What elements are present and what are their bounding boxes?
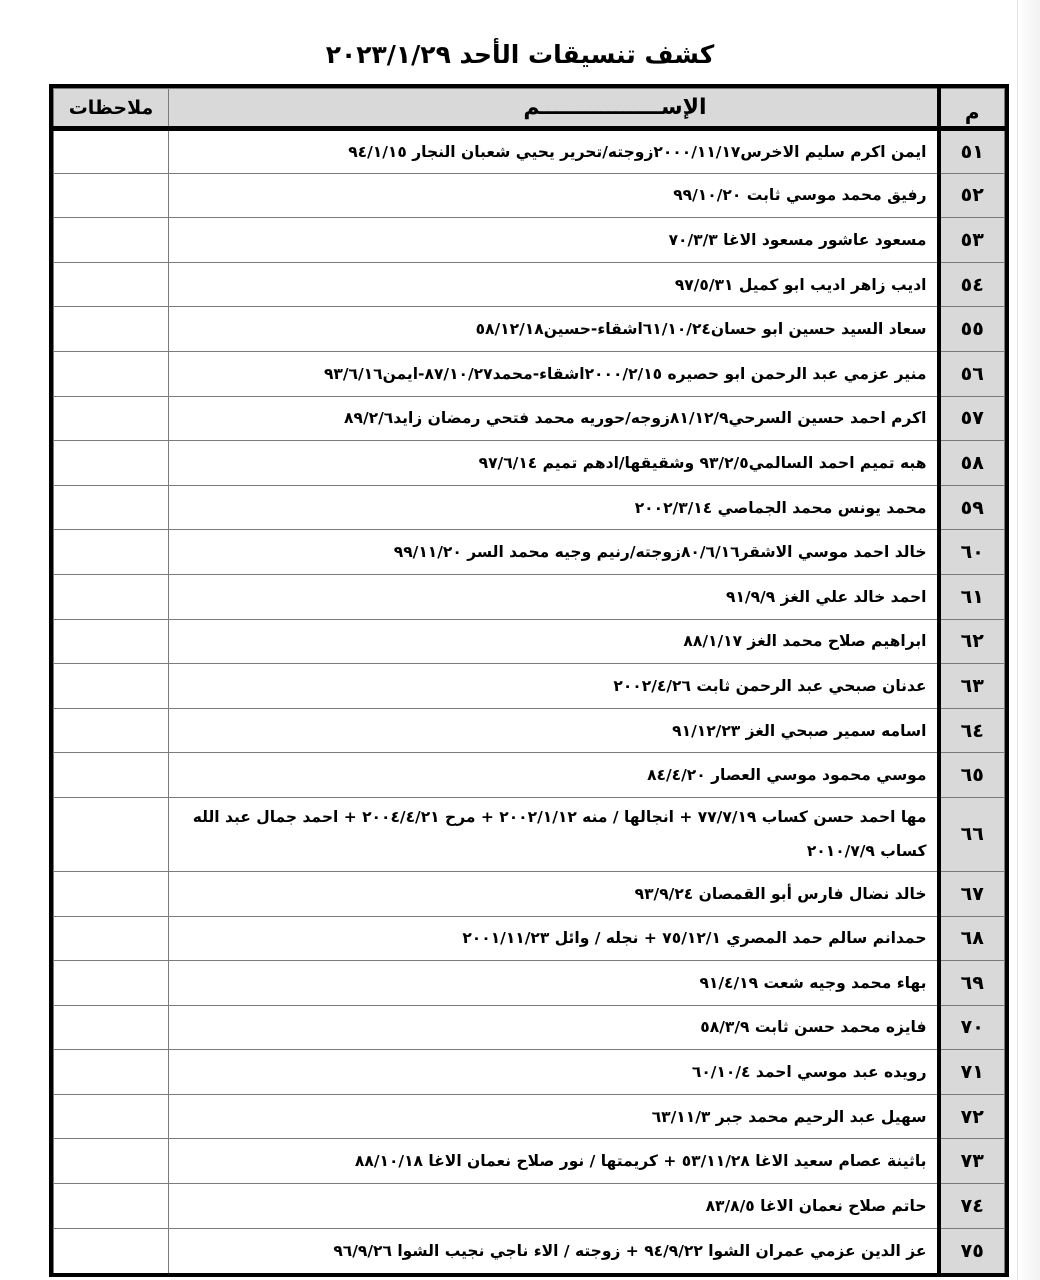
row-notes xyxy=(54,1139,169,1184)
table-row: ٧١رويده عبد موسي احمد ٦٠/١٠/٤ xyxy=(54,1050,1005,1095)
row-name: بهاء محمد وجيه شعت ٩١/٤/١٩ xyxy=(169,961,939,1006)
table-row: ٦١احمد خالد علي الغز ٩١/٩/٩ xyxy=(54,574,1005,619)
column-header-name: الإســــــــــــــــم xyxy=(169,89,939,129)
row-notes xyxy=(54,1228,169,1273)
table-row: ٥٣مسعود عاشور مسعود الاغا ٧٠/٣/٣ xyxy=(54,218,1005,263)
row-name: عدنان صبحي عبد الرحمن ثابت ٢٠٠٢/٤/٢٦ xyxy=(169,664,939,709)
table-row: ٧٢سهيل عبد الرحيم محمد جبر ٦٣/١١/٣ xyxy=(54,1094,1005,1139)
row-name: مها احمد حسن كساب ٧٧/٧/١٩ + انجالها / من… xyxy=(169,797,939,871)
row-number: ٥٧ xyxy=(939,396,1005,441)
table-row: ٦٢ابراهيم صلاح محمد الغز ٨٨/١/١٧ xyxy=(54,619,1005,664)
row-name: اديب زاهر اديب ابو كميل ٩٧/٥/٣١ xyxy=(169,262,939,307)
row-number: ٥٦ xyxy=(939,351,1005,396)
table-row: ٥٨هبه تميم احمد السالمي٩٣/٢/٥ وشقيقها/اد… xyxy=(54,441,1005,486)
table-row: ٦٩بهاء محمد وجيه شعت ٩١/٤/١٩ xyxy=(54,961,1005,1006)
row-notes xyxy=(54,1094,169,1139)
table-row: ٧٣باثينة عصام سعيد الاغا ٥٣/١١/٢٨ + كريم… xyxy=(54,1139,1005,1184)
row-name: ايمن اكرم سليم الاخرس٢٠٠٠/١١/١٧زوجته/تحر… xyxy=(169,129,939,174)
row-name: هبه تميم احمد السالمي٩٣/٢/٥ وشقيقها/ادهم… xyxy=(169,441,939,486)
column-header-notes: ملاحظات xyxy=(54,89,169,129)
table-row: ٦٧خالد نضال فارس أبو القمصان ٩٣/٩/٢٤ xyxy=(54,871,1005,916)
row-notes xyxy=(54,961,169,1006)
row-notes xyxy=(54,1050,169,1095)
row-notes xyxy=(54,1184,169,1229)
table-row: ٥٤اديب زاهر اديب ابو كميل ٩٧/٥/٣١ xyxy=(54,262,1005,307)
row-notes xyxy=(54,1005,169,1050)
row-notes xyxy=(54,129,169,174)
table-row: ٦٦مها احمد حسن كساب ٧٧/٧/١٩ + انجالها / … xyxy=(54,797,1005,871)
row-name: باثينة عصام سعيد الاغا ٥٣/١١/٢٨ + كريمته… xyxy=(169,1139,939,1184)
row-name: رفيق محمد موسي ثابت ٩٩/١٠/٢٠ xyxy=(169,173,939,218)
row-name: عز الدين عزمي عمران الشوا ٩٤/٩/٢٢ + زوجت… xyxy=(169,1228,939,1273)
row-notes xyxy=(54,351,169,396)
document-title: كشف تنسيقات الأحد ٢٠٢٣/١/٢٩ xyxy=(0,40,1040,69)
row-number: ٦١ xyxy=(939,574,1005,619)
row-number: ٦٥ xyxy=(939,753,1005,798)
table-row: ٦٤اسامه سمير صبحي الغز ٩١/١٢/٢٣ xyxy=(54,708,1005,753)
row-notes xyxy=(54,619,169,664)
table-row: ٦٥موسي محمود موسي العصار ٨٤/٤/٢٠ xyxy=(54,753,1005,798)
page-edge xyxy=(1017,0,1040,1280)
row-notes xyxy=(54,530,169,575)
row-notes xyxy=(54,262,169,307)
row-name: سعاد السيد حسين ابو حسان٦١/١٠/٢٤اشقاء-حس… xyxy=(169,307,939,352)
row-number: ٦٤ xyxy=(939,708,1005,753)
row-number: ٦٦ xyxy=(939,797,1005,871)
row-number: ٦٩ xyxy=(939,961,1005,1006)
row-notes xyxy=(54,664,169,709)
row-notes xyxy=(54,753,169,798)
row-notes xyxy=(54,218,169,263)
row-notes xyxy=(54,441,169,486)
row-notes xyxy=(54,307,169,352)
row-number: ٧٠ xyxy=(939,1005,1005,1050)
table-header-row: م الإســــــــــــــــم ملاحظات xyxy=(54,89,1005,129)
row-number: ٥٤ xyxy=(939,262,1005,307)
row-notes xyxy=(54,396,169,441)
table-row: ٧٥عز الدين عزمي عمران الشوا ٩٤/٩/٢٢ + زو… xyxy=(54,1228,1005,1273)
table-row: ٧٠فايزه محمد حسن ثابت ٥٨/٣/٩ xyxy=(54,1005,1005,1050)
row-number: ٥٣ xyxy=(939,218,1005,263)
row-name: خالد نضال فارس أبو القمصان ٩٣/٩/٢٤ xyxy=(169,871,939,916)
row-number: ٧١ xyxy=(939,1050,1005,1095)
row-name: ابراهيم صلاح محمد الغز ٨٨/١/١٧ xyxy=(169,619,939,664)
row-notes xyxy=(54,871,169,916)
table-row: ٦٨حمدانم سالم حمد المصري ٧٥/١٢/١ + نجله … xyxy=(54,916,1005,961)
table-row: ٧٤حاتم صلاح نعمان الاغا ٨٣/٨/٥ xyxy=(54,1184,1005,1229)
row-name: محمد يونس محمد الجماصي ٢٠٠٢/٣/١٤ xyxy=(169,485,939,530)
row-number: ٦٨ xyxy=(939,916,1005,961)
table-row: ٥٥سعاد السيد حسين ابو حسان٦١/١٠/٢٤اشقاء-… xyxy=(54,307,1005,352)
row-notes xyxy=(54,797,169,871)
row-number: ٧٥ xyxy=(939,1228,1005,1273)
row-number: ٦٧ xyxy=(939,871,1005,916)
table-row: ٥٦منير عزمي عبد الرحمن ابو حصيره ٢٠٠٠/٢/… xyxy=(54,351,1005,396)
row-name: فايزه محمد حسن ثابت ٥٨/٣/٩ xyxy=(169,1005,939,1050)
row-number: ٥١ xyxy=(939,129,1005,174)
row-number: ٥٢ xyxy=(939,173,1005,218)
row-name: اكرم احمد حسين السرحي٨١/١٢/٩زوجه/حوريه م… xyxy=(169,396,939,441)
row-name: موسي محمود موسي العصار ٨٤/٤/٢٠ xyxy=(169,753,939,798)
table-row: ٥٢رفيق محمد موسي ثابت ٩٩/١٠/٢٠ xyxy=(54,173,1005,218)
row-number: ٦٣ xyxy=(939,664,1005,709)
row-notes xyxy=(54,574,169,619)
row-name: حاتم صلاح نعمان الاغا ٨٣/٨/٥ xyxy=(169,1184,939,1229)
row-number: ٧٢ xyxy=(939,1094,1005,1139)
row-name: منير عزمي عبد الرحمن ابو حصيره ٢٠٠٠/٢/١٥… xyxy=(169,351,939,396)
column-header-number: م xyxy=(939,89,1005,129)
row-notes xyxy=(54,173,169,218)
row-name: خالد احمد موسي الاشقر٨٠/٦/١٦زوجته/رنيم و… xyxy=(169,530,939,575)
row-name: سهيل عبد الرحيم محمد جبر ٦٣/١١/٣ xyxy=(169,1094,939,1139)
row-notes xyxy=(54,485,169,530)
row-number: ٦٠ xyxy=(939,530,1005,575)
table-row: ٥٧اكرم احمد حسين السرحي٨١/١٢/٩زوجه/حوريه… xyxy=(54,396,1005,441)
row-name: احمد خالد علي الغز ٩١/٩/٩ xyxy=(169,574,939,619)
row-number: ٧٤ xyxy=(939,1184,1005,1229)
table-row: ٦٠خالد احمد موسي الاشقر٨٠/٦/١٦زوجته/رنيم… xyxy=(54,530,1005,575)
row-number: ٧٣ xyxy=(939,1139,1005,1184)
row-notes xyxy=(54,708,169,753)
row-name: اسامه سمير صبحي الغز ٩١/١٢/٢٣ xyxy=(169,708,939,753)
row-name: حمدانم سالم حمد المصري ٧٥/١٢/١ + نجله / … xyxy=(169,916,939,961)
row-name: رويده عبد موسي احمد ٦٠/١٠/٤ xyxy=(169,1050,939,1095)
row-name: مسعود عاشور مسعود الاغا ٧٠/٣/٣ xyxy=(169,218,939,263)
row-notes xyxy=(54,916,169,961)
row-number: ٥٥ xyxy=(939,307,1005,352)
table-row: ٦٣عدنان صبحي عبد الرحمن ثابت ٢٠٠٢/٤/٢٦ xyxy=(54,664,1005,709)
table-row: ٥٩محمد يونس محمد الجماصي ٢٠٠٢/٣/١٤ xyxy=(54,485,1005,530)
row-number: ٦٢ xyxy=(939,619,1005,664)
table-row: ٥١ايمن اكرم سليم الاخرس٢٠٠٠/١١/١٧زوجته/ت… xyxy=(54,129,1005,174)
row-number: ٥٩ xyxy=(939,485,1005,530)
row-number: ٥٨ xyxy=(939,441,1005,486)
coordination-table: م الإســــــــــــــــم ملاحظات ٥١ايمن ا… xyxy=(49,84,1009,1277)
